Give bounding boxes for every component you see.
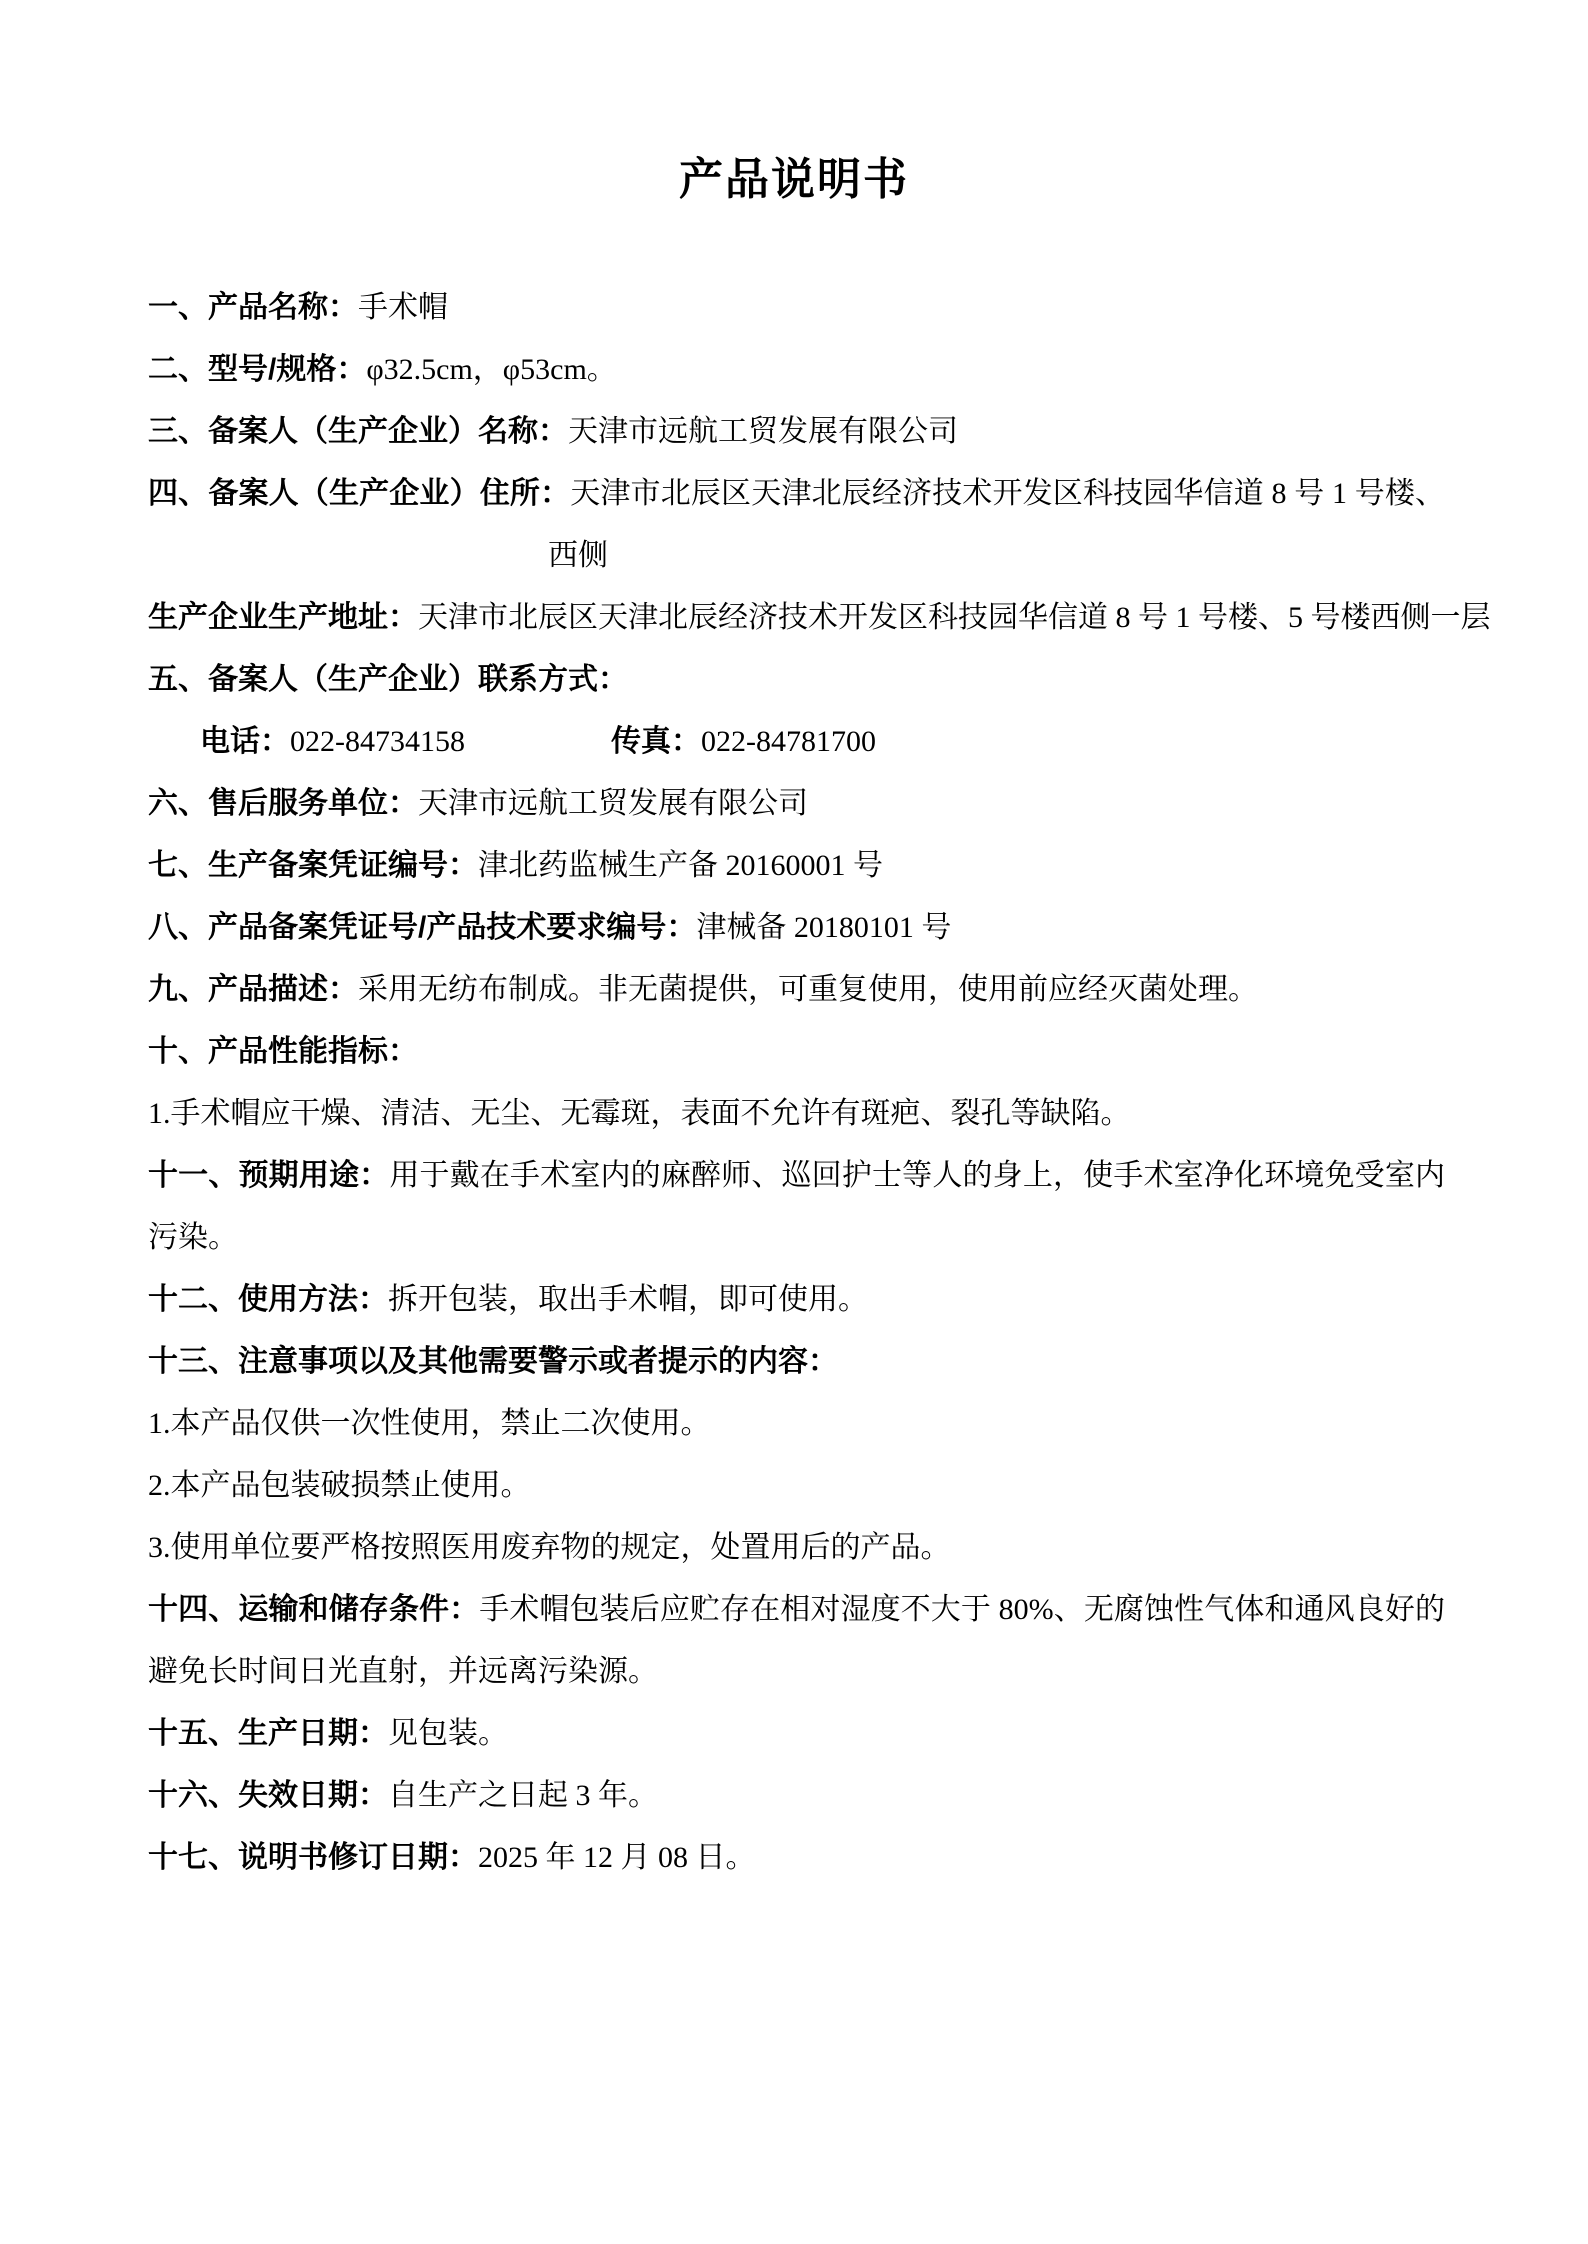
precaution-1-value: 1.本产品仅供一次性使用，禁止二次使用。 <box>148 1407 711 1440</box>
intended-use-wrap-value: 污染。 <box>148 1221 238 1254</box>
phone-label: 电话： <box>200 725 290 758</box>
product-record-value: 津械备 20180101 号 <box>696 911 951 944</box>
usage-method-value: 拆开包装，取出手术帽，即可使用。 <box>388 1283 868 1316</box>
line-model-spec: 二、型号/规格：φ32.5cm，φ53cm。 <box>148 339 1445 401</box>
registrant-address-wrap-value: 西侧 <box>548 539 608 572</box>
after-sales-value: 天津市远航工贸发展有限公司 <box>418 787 808 820</box>
product-record-label: 八、产品备案凭证号/产品技术要求编号： <box>148 911 696 944</box>
production-address-value: 天津市北辰区天津北辰经济技术开发区科技园华信道 8 号 1 号楼、5 号楼西侧一… <box>418 601 1491 634</box>
precautions-heading-label: 十三、注意事项以及其他需要警示或者提示的内容： <box>148 1345 838 1378</box>
model-spec-value: φ32.5cm，φ53cm。 <box>366 353 616 386</box>
line-product-record-no: 八、产品备案凭证号/产品技术要求编号：津械备 20180101 号 <box>148 897 1445 959</box>
line-production-date: 十五、生产日期：见包装。 <box>148 1703 1445 1765</box>
product-name-value: 手术帽 <box>358 291 448 324</box>
line-usage-method: 十二、使用方法：拆开包装，取出手术帽，即可使用。 <box>148 1269 1445 1331</box>
line-after-sales-unit: 六、售后服务单位：天津市远航工贸发展有限公司 <box>148 773 1445 835</box>
document-page: 产品说明书 一、产品名称：手术帽 二、型号/规格：φ32.5cm，φ53cm。 … <box>0 0 1588 2244</box>
performance-item-1-value: 1.手术帽应干燥、清洁、无尘、无霉斑，表面不允许有斑疤、裂孔等缺陷。 <box>148 1097 1131 1130</box>
expiry-date-value: 自生产之日起 3 年。 <box>388 1779 658 1812</box>
line-revision-date: 十七、说明书修订日期：2025 年 12 月 08 日。 <box>148 1827 1445 1889</box>
line-intended-use: 十一、预期用途：用于戴在手术室内的麻醉师、巡回护士等人的身上，使手术室净化环境免… <box>148 1145 1445 1207</box>
production-date-label: 十五、生产日期： <box>148 1717 388 1750</box>
line-expiry-date: 十六、失效日期：自生产之日起 3 年。 <box>148 1765 1445 1827</box>
fax-label: 传真： <box>611 725 701 758</box>
page-title: 产品说明书 <box>0 0 1588 212</box>
line-precaution-2: 2.本产品包装破损禁止使用。 <box>148 1455 1445 1517</box>
line-transport-storage: 十四、运输和储存条件：手术帽包装后应贮存在相对湿度不大于 80%、无腐蚀性气体和… <box>148 1579 1445 1641</box>
production-date-value: 见包装。 <box>388 1717 508 1750</box>
line-contact-heading: 五、备案人（生产企业）联系方式： <box>148 649 1445 711</box>
line-transport-storage-wrap: 避免长时间日光直射，并远离污染源。 <box>148 1641 1445 1703</box>
line-product-description: 九、产品描述：采用无纺布制成。非无菌提供，可重复使用，使用前应经灭菌处理。 <box>148 959 1445 1021</box>
performance-heading-label: 十、产品性能指标： <box>148 1035 418 1068</box>
line-production-record-no: 七、生产备案凭证编号：津北药监械生产备 20160001 号 <box>148 835 1445 897</box>
document-body: 一、产品名称：手术帽 二、型号/规格：φ32.5cm，φ53cm。 三、备案人（… <box>0 212 1588 1889</box>
line-contact-phone-fax: 电话：022-84734158传真：022-84781700 <box>148 711 1445 773</box>
product-description-value: 采用无纺布制成。非无菌提供，可重复使用，使用前应经灭菌处理。 <box>358 973 1258 1006</box>
precaution-3-value: 3.使用单位要严格按照医用废弃物的规定，处置用后的产品。 <box>148 1531 951 1564</box>
production-record-value: 津北药监械生产备 20160001 号 <box>478 849 883 882</box>
phone-number: 022-84734158 <box>290 725 465 758</box>
product-description-label: 九、产品描述： <box>148 973 358 1006</box>
registrant-name-label: 三、备案人（生产企业）名称： <box>148 415 568 448</box>
line-registrant-address: 四、备案人（生产企业）住所：天津市北辰区天津北辰经济技术开发区科技园华信道 8 … <box>148 463 1445 525</box>
production-address-label: 生产企业生产地址： <box>148 601 418 634</box>
line-intended-use-wrap: 污染。 <box>148 1207 1445 1269</box>
transport-storage-label: 十四、运输和储存条件： <box>148 1593 479 1626</box>
line-product-name: 一、产品名称：手术帽 <box>148 277 1445 339</box>
product-name-label: 一、产品名称： <box>148 291 358 324</box>
intended-use-label: 十一、预期用途： <box>148 1159 389 1192</box>
usage-method-label: 十二、使用方法： <box>148 1283 388 1316</box>
after-sales-label: 六、售后服务单位： <box>148 787 418 820</box>
fax-number: 022-84781700 <box>701 725 876 758</box>
precaution-2-value: 2.本产品包装破损禁止使用。 <box>148 1469 531 1502</box>
line-production-address: 生产企业生产地址：天津市北辰区天津北辰经济技术开发区科技园华信道 8 号 1 号… <box>148 587 1445 649</box>
line-performance-heading: 十、产品性能指标： <box>148 1021 1445 1083</box>
line-registrant-name: 三、备案人（生产企业）名称：天津市远航工贸发展有限公司 <box>148 401 1445 463</box>
line-performance-item-1: 1.手术帽应干燥、清洁、无尘、无霉斑，表面不允许有斑疤、裂孔等缺陷。 <box>148 1083 1445 1145</box>
revision-date-label: 十七、说明书修订日期： <box>148 1841 478 1874</box>
registrant-name-value: 天津市远航工贸发展有限公司 <box>568 415 958 448</box>
revision-date-value: 2025 年 12 月 08 日。 <box>478 1841 756 1874</box>
transport-storage-wrap-value: 避免长时间日光直射，并远离污染源。 <box>148 1655 658 1688</box>
line-precaution-1: 1.本产品仅供一次性使用，禁止二次使用。 <box>148 1393 1445 1455</box>
production-record-label: 七、生产备案凭证编号： <box>148 849 478 882</box>
line-precautions-heading: 十三、注意事项以及其他需要警示或者提示的内容： <box>148 1331 1445 1393</box>
registrant-address-label: 四、备案人（生产企业）住所： <box>148 477 570 510</box>
line-registrant-address-wrap: 西侧 <box>148 525 1445 587</box>
expiry-date-label: 十六、失效日期： <box>148 1779 388 1812</box>
model-spec-label: 二、型号/规格： <box>148 353 366 386</box>
line-precaution-3: 3.使用单位要严格按照医用废弃物的规定，处置用后的产品。 <box>148 1517 1445 1579</box>
contact-heading-label: 五、备案人（生产企业）联系方式： <box>148 663 628 696</box>
